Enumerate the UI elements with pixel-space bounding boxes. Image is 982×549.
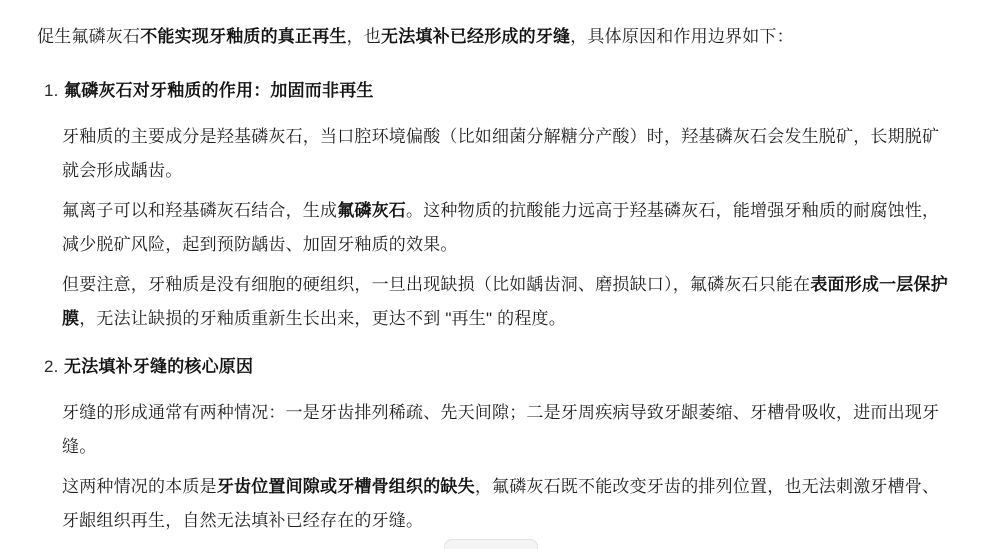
bold-text-segment: 不能实现牙釉质的真正再生 [140, 27, 346, 46]
paragraph: 但要注意，牙釉质是没有细胞的硬组织，一旦出现缺损（比如龋齿洞、磨损缺口），氟磷灰… [62, 268, 950, 336]
text-segment: 氟离子可以和羟基磷灰石结合，生成 [62, 201, 337, 220]
bottom-partial-element [444, 539, 538, 549]
bold-text-segment: 牙齿位置间隙或牙槽骨组织的缺失 [217, 477, 475, 496]
text-segment: ，具体原因和作用边界如下： [570, 27, 794, 46]
list-number: 1. [44, 74, 64, 108]
section-body: 牙釉质的主要成分是羟基磷灰石，当口腔环境偏酸（比如细菌分解糖分产酸）时，羟基磷灰… [44, 120, 950, 336]
text-segment: ，无法让缺损的牙釉质重新生长出来，更达不到 "再生" 的程度。 [79, 309, 566, 328]
paragraph: 牙缝的形成通常有两种情况：一是牙齿排列稀疏、先天间隙；二是牙周疾病导致牙龈萎缩、… [62, 396, 950, 464]
section-gap-filling-reason: 2.无法填补牙缝的核心原因 牙缝的形成通常有两种情况：一是牙齿排列稀疏、先天间隙… [44, 350, 950, 538]
paragraph: 这两种情况的本质是牙齿位置间隙或牙槽骨组织的缺失，氟磷灰石既不能改变牙齿的排列位… [62, 470, 950, 538]
text-segment: 促生氟磷灰石 [37, 27, 140, 46]
paragraph: 牙釉质的主要成分是羟基磷灰石，当口腔环境偏酸（比如细菌分解糖分产酸）时，羟基磷灰… [62, 120, 950, 188]
intro-paragraph: 促生氟磷灰石不能实现牙釉质的真正再生，也无法填补已经形成的牙缝，具体原因和作用边… [37, 20, 950, 54]
text-segment: 牙缝的形成通常有两种情况：一是牙齿排列稀疏、先天间隙；二是牙周疾病导致牙龈萎缩、… [62, 403, 939, 456]
bold-text-segment: 无法填补已经形成的牙缝 [381, 27, 570, 46]
section-fluorapatite-effect: 1.氟磷灰石对牙釉质的作用：加固而非再生 牙釉质的主要成分是羟基磷灰石，当口腔环… [44, 74, 950, 336]
text-segment: 这两种情况的本质是 [62, 477, 217, 496]
section-title: 无法填补牙缝的核心原因 [64, 357, 253, 376]
section-body: 牙缝的形成通常有两种情况：一是牙齿排列稀疏、先天间隙；二是牙周疾病导致牙龈萎缩、… [44, 396, 950, 538]
text-segment: 牙釉质的主要成分是羟基磷灰石，当口腔环境偏酸（比如细菌分解糖分产酸）时，羟基磷灰… [62, 127, 939, 180]
text-segment: ，也 [347, 27, 381, 46]
paragraph: 氟离子可以和羟基磷灰石结合，生成氟磷灰石。这种物质的抗酸能力远高于羟基磷灰石，能… [62, 194, 950, 262]
section-title: 氟磷灰石对牙釉质的作用：加固而非再生 [64, 81, 374, 100]
section-heading: 1.氟磷灰石对牙釉质的作用：加固而非再生 [44, 74, 950, 108]
bold-text-segment: 氟磷灰石 [337, 201, 406, 220]
chat-response-body: 促生氟磷灰石不能实现牙釉质的真正再生，也无法填补已经形成的牙缝，具体原因和作用边… [0, 0, 982, 538]
list-number: 2. [44, 350, 64, 384]
section-heading: 2.无法填补牙缝的核心原因 [44, 350, 950, 384]
text-segment: 但要注意，牙釉质是没有细胞的硬组织，一旦出现缺损（比如龋齿洞、磨损缺口），氟磷灰… [62, 275, 810, 294]
